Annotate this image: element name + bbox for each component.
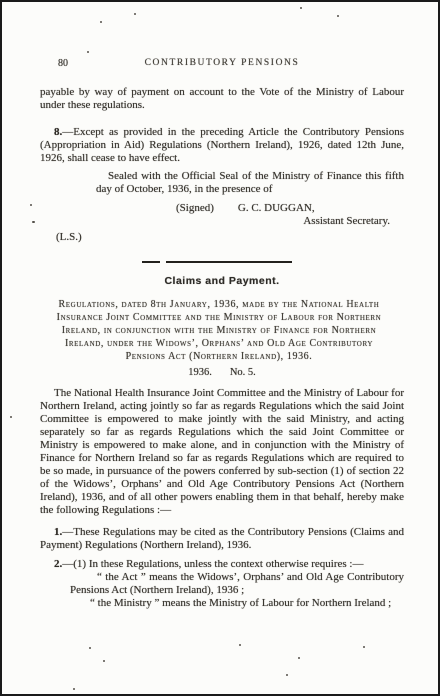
- article-8-number: 8.: [54, 126, 62, 138]
- sealing-clause: Sealed with the Official Seal of the Min…: [96, 170, 404, 196]
- scan-speck: [30, 204, 32, 206]
- divider-dash: [142, 261, 160, 263]
- signatory-title: Assistant Secretary.: [40, 215, 404, 228]
- regulations-rubric: Regulations, dated 8th January, 1936, ma…: [40, 298, 404, 363]
- signatory-name: G. C. DUGGAN,: [238, 202, 315, 215]
- paragraph-article-8: 8.—Except as provided in the preceding A…: [40, 126, 404, 165]
- scan-speck: [32, 221, 35, 223]
- definition-the-ministry: “ the Ministry ” means the Ministry of L…: [40, 597, 404, 610]
- section-divider: [142, 261, 404, 263]
- regulation-1-text: —These Regulations may be cited as the C…: [40, 526, 404, 551]
- scan-speck: [239, 644, 241, 646]
- scan-speck: [337, 15, 339, 17]
- preamble-paragraph: The National Health Insurance Joint Comm…: [40, 387, 404, 517]
- running-header: 80 CONTRIBUTORY PENSIONS: [40, 58, 404, 71]
- regulation-2-text: —(1) In these Regulations, unless the co…: [62, 558, 363, 570]
- page-content: 80 CONTRIBUTORY PENSIONS payable by way …: [40, 2, 404, 610]
- section-heading: Claims and Payment.: [40, 275, 404, 287]
- running-title: CONTRIBUTORY PENSIONS: [40, 58, 404, 68]
- seal-mark: (L.S.): [56, 231, 404, 244]
- scan-speck: [73, 688, 75, 690]
- divider-rule: [166, 261, 292, 263]
- scan-speck: [10, 416, 12, 418]
- scan-speck: [286, 674, 288, 676]
- document-page: 80 CONTRIBUTORY PENSIONS payable by way …: [0, 0, 440, 696]
- regulation-2-number: 2.: [54, 558, 62, 570]
- paragraph-continuation: payable by way of payment on account to …: [40, 86, 404, 112]
- page-number: 80: [58, 58, 68, 69]
- article-8-text: —Except as provided in the preceding Art…: [40, 126, 404, 164]
- instrument-number-line: 1936. No. 5.: [40, 367, 404, 378]
- regulation-2: 2.—(1) In these Regulations, unless the …: [40, 558, 404, 571]
- scan-speck: [89, 647, 91, 649]
- scan-speck: [363, 646, 365, 648]
- definition-the-act: “ the Act ” means the Widows’, Orphans’ …: [70, 571, 404, 597]
- scan-speck: [87, 51, 89, 53]
- instrument-number: No. 5.: [230, 367, 256, 378]
- signature-line: (Signed) G. C. DUGGAN,: [176, 202, 404, 215]
- scan-speck: [103, 660, 105, 662]
- scan-speck: [100, 21, 102, 23]
- instrument-year: 1936.: [188, 367, 212, 378]
- regulation-1-number: 1.: [54, 526, 62, 538]
- scan-speck: [298, 657, 300, 659]
- scan-speck: [300, 7, 302, 9]
- scan-speck: [134, 13, 136, 15]
- regulation-1: 1.—These Regulations may be cited as the…: [40, 526, 404, 552]
- signed-label: (Signed): [176, 202, 214, 215]
